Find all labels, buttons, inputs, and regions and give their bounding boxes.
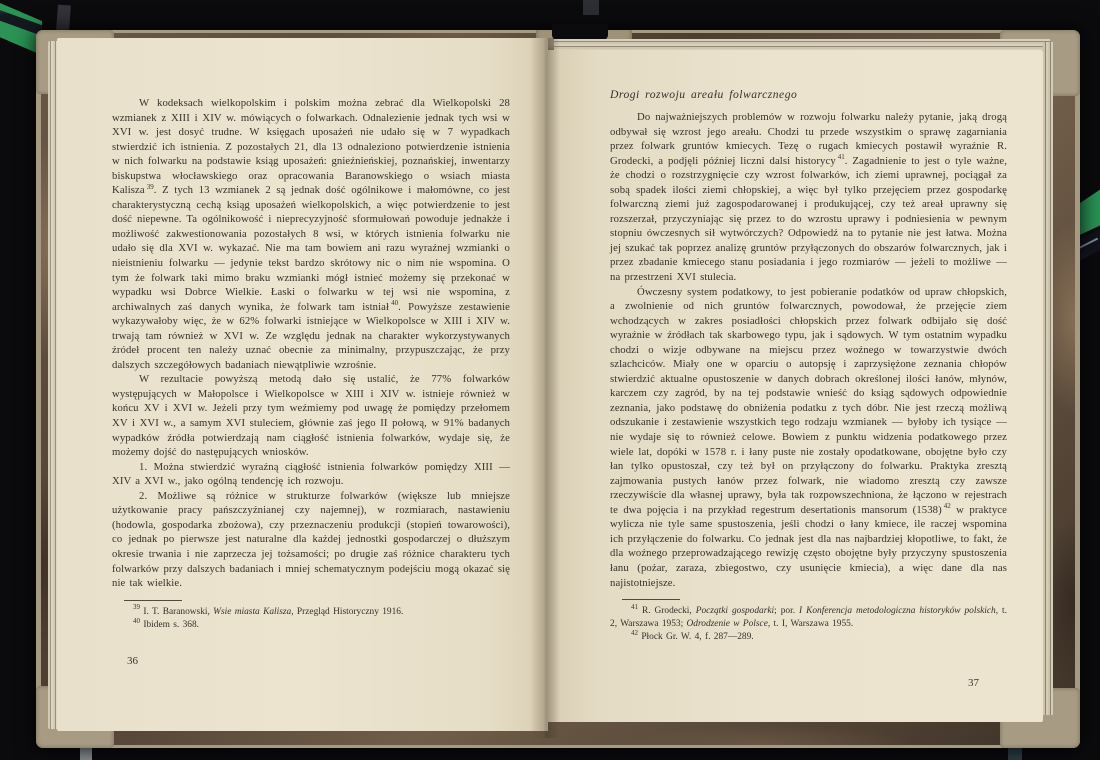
footnote: 42 Płock Gr. W. 4, f. 287—289.	[610, 631, 1007, 644]
body-paragraph: Do najważniejszych problemów w rozwoju f…	[610, 110, 1007, 285]
body-paragraph: W rezultacie powyższą metodą dało się us…	[112, 372, 510, 459]
open-book: W kodeksach wielkopolskim i polskim możn…	[36, 30, 1080, 748]
footnote-separator	[622, 599, 680, 600]
right-page-paragraphs: Do najważniejszych problemów w rozwoju f…	[610, 110, 1007, 590]
left-page-text: W kodeksach wielkopolskim i polskim możn…	[112, 96, 510, 632]
left-page-footnotes: 39 I. T. Baranowski, Wsie miasta Kalisza…	[112, 606, 510, 632]
cradle-mark	[56, 5, 71, 32]
book-page-left: W kodeksach wielkopolskim i polskim możn…	[57, 38, 548, 731]
body-paragraph: 2. Możliwe są różnice w strukturze folwa…	[112, 489, 510, 591]
footnote: 41 R. Grodecki, Początki gospodarki; por…	[610, 605, 1007, 631]
cradle-mark	[583, 0, 599, 15]
book-page-right: Drogi rozwoju areału folwarcznego Do naj…	[548, 50, 1043, 722]
body-paragraph: 1. Można stwierdzić wyraźną ciągłość ist…	[112, 460, 510, 489]
cradle-mark	[1008, 748, 1022, 760]
body-paragraph: W kodeksach wielkopolskim i polskim możn…	[112, 96, 510, 372]
right-page-footnotes: 41 R. Grodecki, Początki gospodarki; por…	[610, 605, 1007, 645]
page-number-right: 37	[968, 677, 979, 689]
footnote-separator	[124, 600, 182, 601]
body-paragraph: Ówczesny system podatkowy, to jest pobie…	[610, 285, 1007, 590]
right-page-text: Drogi rozwoju areału folwarcznego Do naj…	[610, 88, 1007, 645]
section-heading: Drogi rozwoju areału folwarcznego	[610, 88, 1007, 101]
page-number-left: 36	[127, 655, 138, 667]
footnote: 39 I. T. Baranowski, Wsie miasta Kalisza…	[112, 606, 510, 619]
left-page-paragraphs: W kodeksach wielkopolskim i polskim możn…	[112, 96, 510, 591]
footnote: 40 Ibidem s. 368.	[112, 619, 510, 632]
